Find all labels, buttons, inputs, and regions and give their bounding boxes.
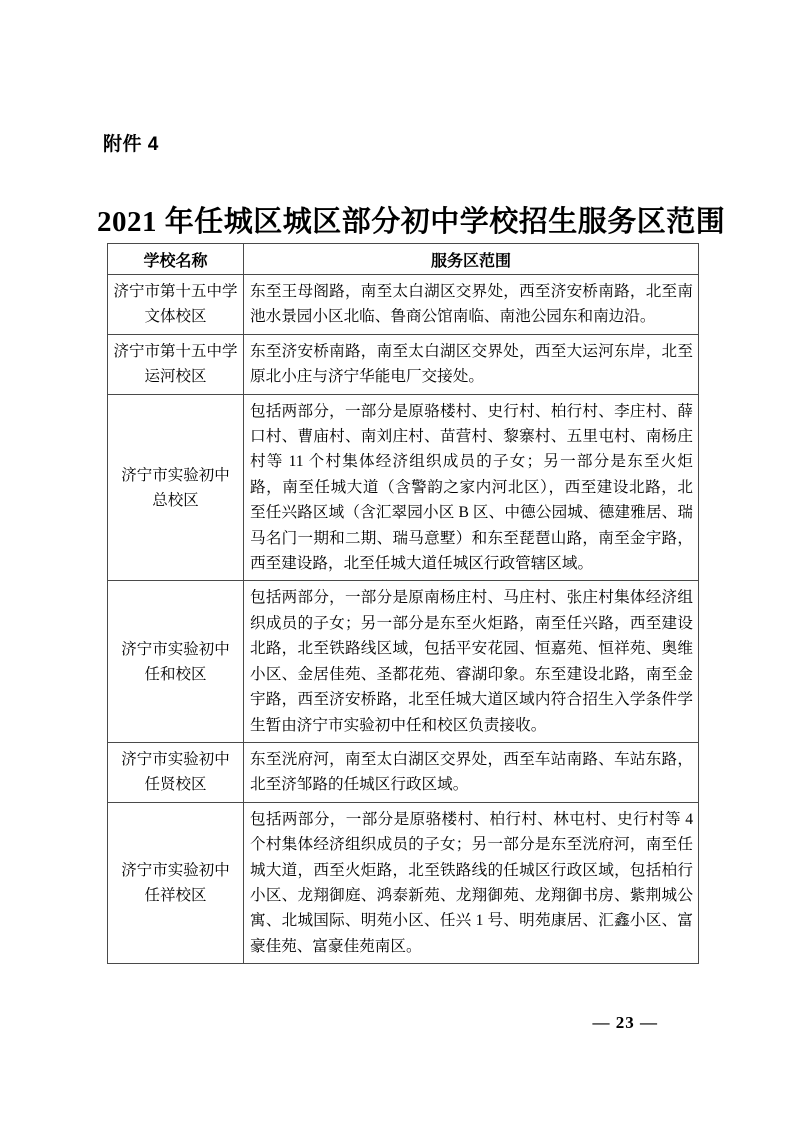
page-title: 2021 年任城区城区部分初中学校招生服务区范围 bbox=[97, 199, 699, 240]
table-row: 济宁市实验初中 总校区包括两部分，一部分是原骆楼村、史行村、柏行村、李庄村、薛口… bbox=[108, 394, 699, 581]
service-area-cell: 包括两部分，一部分是原骆楼村、柏行村、林屯村、史行村等 4 个村集体经济组织成员… bbox=[244, 802, 699, 963]
table-row: 济宁市实验初中 任祥校区包括两部分，一部分是原骆楼村、柏行村、林屯村、史行村等 … bbox=[108, 802, 699, 963]
school-name-cell: 济宁市实验初中 任祥校区 bbox=[108, 802, 244, 963]
service-area-cell: 包括两部分，一部分是原骆楼村、史行村、柏行村、李庄村、薛口村、曹庙村、南刘庄村、… bbox=[244, 394, 699, 581]
school-name-cell: 济宁市实验初中 任和校区 bbox=[108, 581, 244, 742]
table-row: 济宁市第十五中学 文体校区东至王母阁路，南至太白湖区交界处，西至济安桥南路，北至… bbox=[108, 275, 699, 335]
table-row: 济宁市实验初中 任和校区包括两部分，一部分是原南杨庄村、马庄村、张庄村集体经济组… bbox=[108, 581, 699, 742]
table-row: 济宁市实验初中 任贤校区东至洸府河，南至太白湖区交界处，西至车站南路、车站东路，… bbox=[108, 742, 699, 802]
table-header: 学校名称 服务区范围 bbox=[108, 244, 699, 275]
service-area-cell: 东至济安桥南路，南至太白湖区交界处，西至大运河东岸，北至原北小庄与济宁华能电厂交… bbox=[244, 334, 699, 394]
table-row: 济宁市第十五中学 运河校区东至济安桥南路，南至太白湖区交界处，西至大运河东岸，北… bbox=[108, 334, 699, 394]
service-area-cell: 东至王母阁路，南至太白湖区交界处，西至济安桥南路，北至南池水景园小区北临、鲁商公… bbox=[244, 275, 699, 335]
attachment-label: 附件 4 bbox=[103, 129, 159, 156]
school-name-cell: 济宁市实验初中 任贤校区 bbox=[108, 742, 244, 802]
school-name-cell: 济宁市实验初中 总校区 bbox=[108, 394, 244, 581]
service-area-cell: 东至洸府河，南至太白湖区交界处，西至车站南路、车站东路，北至济邹路的任城区行政区… bbox=[244, 742, 699, 802]
table-header-row: 学校名称 服务区范围 bbox=[108, 244, 699, 275]
column-header-school-name: 学校名称 bbox=[108, 244, 244, 275]
service-area-table: 学校名称 服务区范围 济宁市第十五中学 文体校区东至王母阁路，南至太白湖区交界处… bbox=[107, 243, 699, 964]
table-body: 济宁市第十五中学 文体校区东至王母阁路，南至太白湖区交界处，西至济安桥南路，北至… bbox=[108, 275, 699, 964]
school-name-cell: 济宁市第十五中学 文体校区 bbox=[108, 275, 244, 335]
school-name-cell: 济宁市第十五中学 运河校区 bbox=[108, 334, 244, 394]
column-header-service-area: 服务区范围 bbox=[244, 244, 699, 275]
service-area-cell: 包括两部分，一部分是原南杨庄村、马庄村、张庄村集体经济组织成员的子女；另一部分是… bbox=[244, 581, 699, 742]
page-number: — 23 — bbox=[593, 1013, 659, 1033]
